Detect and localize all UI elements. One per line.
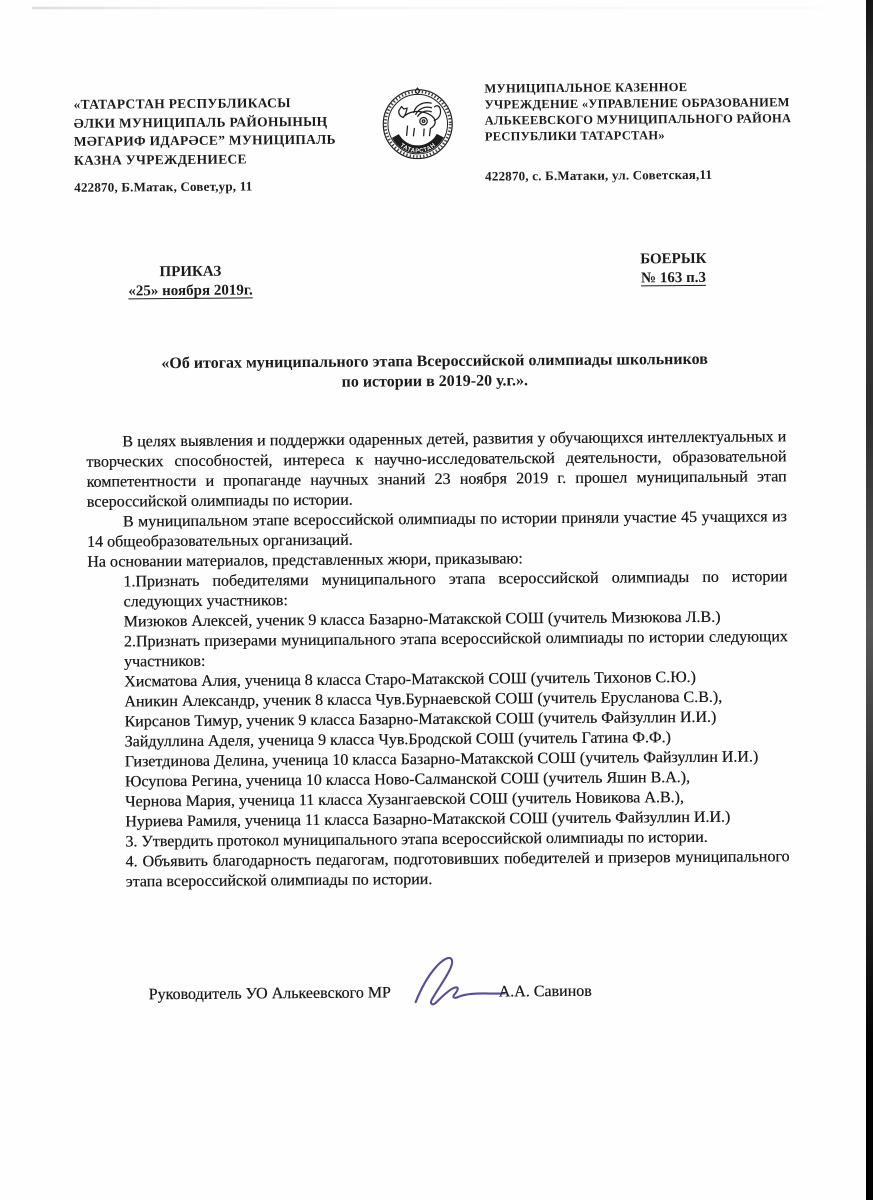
order-body: В целях выявления и поддержки одаренных … bbox=[86, 427, 790, 892]
signatory-name: А.А. Савинов bbox=[498, 983, 591, 1002]
paragraph-participation: В муниципальном этапе всероссийской олим… bbox=[87, 507, 787, 552]
address-tatar: 422870, Б.Матак, Совет,ур, 11 bbox=[74, 178, 252, 195]
letterhead-tatar-line: КАЗНА УЧРЕЖДЕНИЕСЕ bbox=[74, 149, 394, 170]
document-content: «ТАТАРСТАН РЕСПУБЛИКАСЫ ӘЛКИ МУНИЦИПАЛЬ … bbox=[0, 0, 873, 1200]
order-title-tatar: БОЕРЫК bbox=[606, 250, 741, 270]
letterhead-russian-line: РЕСПУБЛИКИ ТАТАРСТАН» bbox=[485, 126, 855, 145]
decree-item-1: 1.Признать победителями муниципального э… bbox=[123, 567, 787, 612]
paragraph-purpose: В целях выявления и поддержки одаренных … bbox=[86, 427, 787, 512]
order-subject: «Об итогах муниципального этапа Всеросси… bbox=[59, 349, 811, 395]
scan-artifact-top-line bbox=[32, 7, 824, 9]
scan-artifact-right-edge bbox=[866, 0, 873, 1200]
decree-item-4: 4. Объявить благодарность педагогам, под… bbox=[125, 847, 789, 892]
order-date: «25» ноября 2019г. bbox=[108, 281, 273, 301]
scanned-order-document: «ТАТАРСТАН РЕСПУБЛИКАСЫ ӘЛКИ МУНИЦИПАЛЬ … bbox=[0, 0, 873, 1200]
emblem-inner-ring bbox=[388, 94, 448, 154]
letterhead-tatar-line: МӘГАРИФ ИДАРӘСЕ” МУНИЦИПАЛЬ bbox=[74, 130, 394, 151]
decree-item-2: 2.Признать призерами муниципального этап… bbox=[124, 627, 788, 672]
tatarstan-coat-of-arms-icon: ТАТАРСТАН bbox=[380, 87, 455, 162]
letterhead-tatar: «ТАТАРСТАН РЕСПУБЛИКАСЫ ӘЛКИ МУНИЦИПАЛЬ … bbox=[74, 93, 395, 170]
address-russian: 422870, с. Б.Матаки, ул. Советская,11 bbox=[485, 167, 712, 185]
letterhead-russian: МУНИЦИПАЛЬНОЕ КАЗЕННОЕ УЧРЕЖДЕНИЕ «УПРАВ… bbox=[484, 78, 854, 145]
order-title: ПРИКАЗ bbox=[108, 262, 273, 282]
winged-leopard-icon bbox=[399, 103, 441, 136]
order-heading-russian: ПРИКАЗ «25» ноября 2019г. bbox=[108, 262, 273, 301]
order-number: № 163 п.3 bbox=[606, 269, 741, 289]
signatory-position: Руководитель УО Алькеевского МР bbox=[148, 984, 390, 1004]
letterhead-tatar-line: «ТАТАРСТАН РЕСПУБЛИКАСЫ bbox=[74, 93, 394, 114]
order-heading-tatar: БОЕРЫК № 163 п.3 bbox=[606, 250, 741, 289]
letterhead-tatar-line: ӘЛКИ МУНИЦИПАЛЬ РАЙОНЫНЫҢ bbox=[74, 112, 394, 133]
